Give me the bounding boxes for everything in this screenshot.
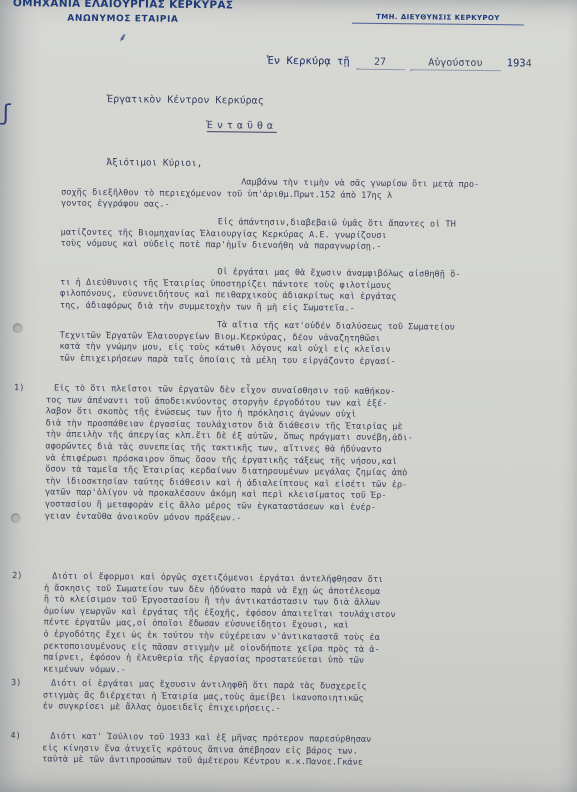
numbered-item-line: κειμένων νόμων.- <box>43 664 126 676</box>
numbered-item-line: ἐν συγκρίσει μὲ ἄλλας ὁμοειδεῖς ἐπιχειρή… <box>43 702 281 716</box>
paragraph-line: γοντος ἐγγράφου σας.- <box>61 199 170 212</box>
date-year-prefix: 193 <box>507 57 526 69</box>
item-number: 1) <box>14 383 24 395</box>
paragraph-line: τῶν ἐπιχειρήσεων παρὰ ταῖς ὁποίαις τὰ μέ… <box>59 353 395 368</box>
letter-page: ΟΜΗΧΑΝΙΑ ΕΛΑΙΟΥΡΓΙΑΣ ΚΕΡΚΥΡΑΣ ΑΝΩΝΥΜΟΣ Ε… <box>0 0 577 792</box>
item-number: 3) <box>11 678 21 690</box>
ornament-icon: ⸙ <box>0 27 248 47</box>
recipient-location: Ἐνταῦθα <box>207 120 277 132</box>
letterhead-department-block: ΤΜΗ. ΔΙΕΥΘΥΝΣΙΣ ΚΕΡΚΥΡΟΥ <box>338 12 538 25</box>
paragraph-line: της, ἀδιαφόρως διὰ τὴν συμμετοχὴν των ἢ … <box>60 300 355 315</box>
item-number: 2) <box>12 571 22 583</box>
item-number: 4) <box>10 731 20 743</box>
letterhead-company-block: ΟΜΗΧΑΝΙΑ ΕΛΑΙΟΥΡΓΙΑΣ ΚΕΡΚΥΡΑΣ ΑΝΩΝΥΜΟΣ Ε… <box>0 0 248 47</box>
numbered-item-line: γειαν ἐνταῦθα ἀνοικοῦν μόνον πράξεων.- <box>45 511 242 525</box>
recipient-name: Ἐργατικὸν Κέντρον Κερκύρας <box>107 94 264 107</box>
company-type: ΑΝΩΝΥΜΟΣ ΕΤΑΙΡΙΑ <box>0 13 248 26</box>
salutation: Ἀξιότιμοι Κύριοι, <box>106 157 202 170</box>
date-month: Αὐγούστου <box>410 57 500 71</box>
numbered-item-line: ταὐτὰ μὲ τῶν ἀντιπροσώπων τοῦ ἀμέτερου Κ… <box>42 755 363 770</box>
department-name: ΤΜΗ. ΔΙΕΥΘΥΝΣΙΣ ΚΕΡΚΥΡΟΥ <box>338 12 538 22</box>
dateline-prefix: Ἐν Κερκύρᾳ τῇ <box>267 55 349 68</box>
recipient-location-text: Ἐνταῦθα <box>207 120 277 133</box>
date-year-suffix: 4 <box>526 58 532 69</box>
paragraph-line: τοὺς νόμους καὶ οὐδεὶς ποτὲ παρ'ἡμῖν διε… <box>61 239 382 254</box>
department-underline <box>352 23 524 26</box>
photo-background: ΟΜΗΧΑΝΙΑ ΕΛΑΙΟΥΡΓΙΑΣ ΚΕΡΚΥΡΑΣ ΑΝΩΝΥΜΟΣ Ε… <box>0 0 577 792</box>
company-name: ΟΜΗΧΑΝΙΑ ΕΛΑΙΟΥΡΓΙΑΣ ΚΕΡΚΥΡΑΣ <box>0 0 248 12</box>
margin-pen-mark-icon: ʃ <box>0 101 9 141</box>
date-day: 27 <box>356 57 404 70</box>
punch-hole-icon <box>11 513 21 523</box>
dateline: Ἐν Κερκύρᾳ τῇ 27 Αὐγούστου 1934 <box>267 56 531 71</box>
punch-hole-icon <box>13 323 23 333</box>
